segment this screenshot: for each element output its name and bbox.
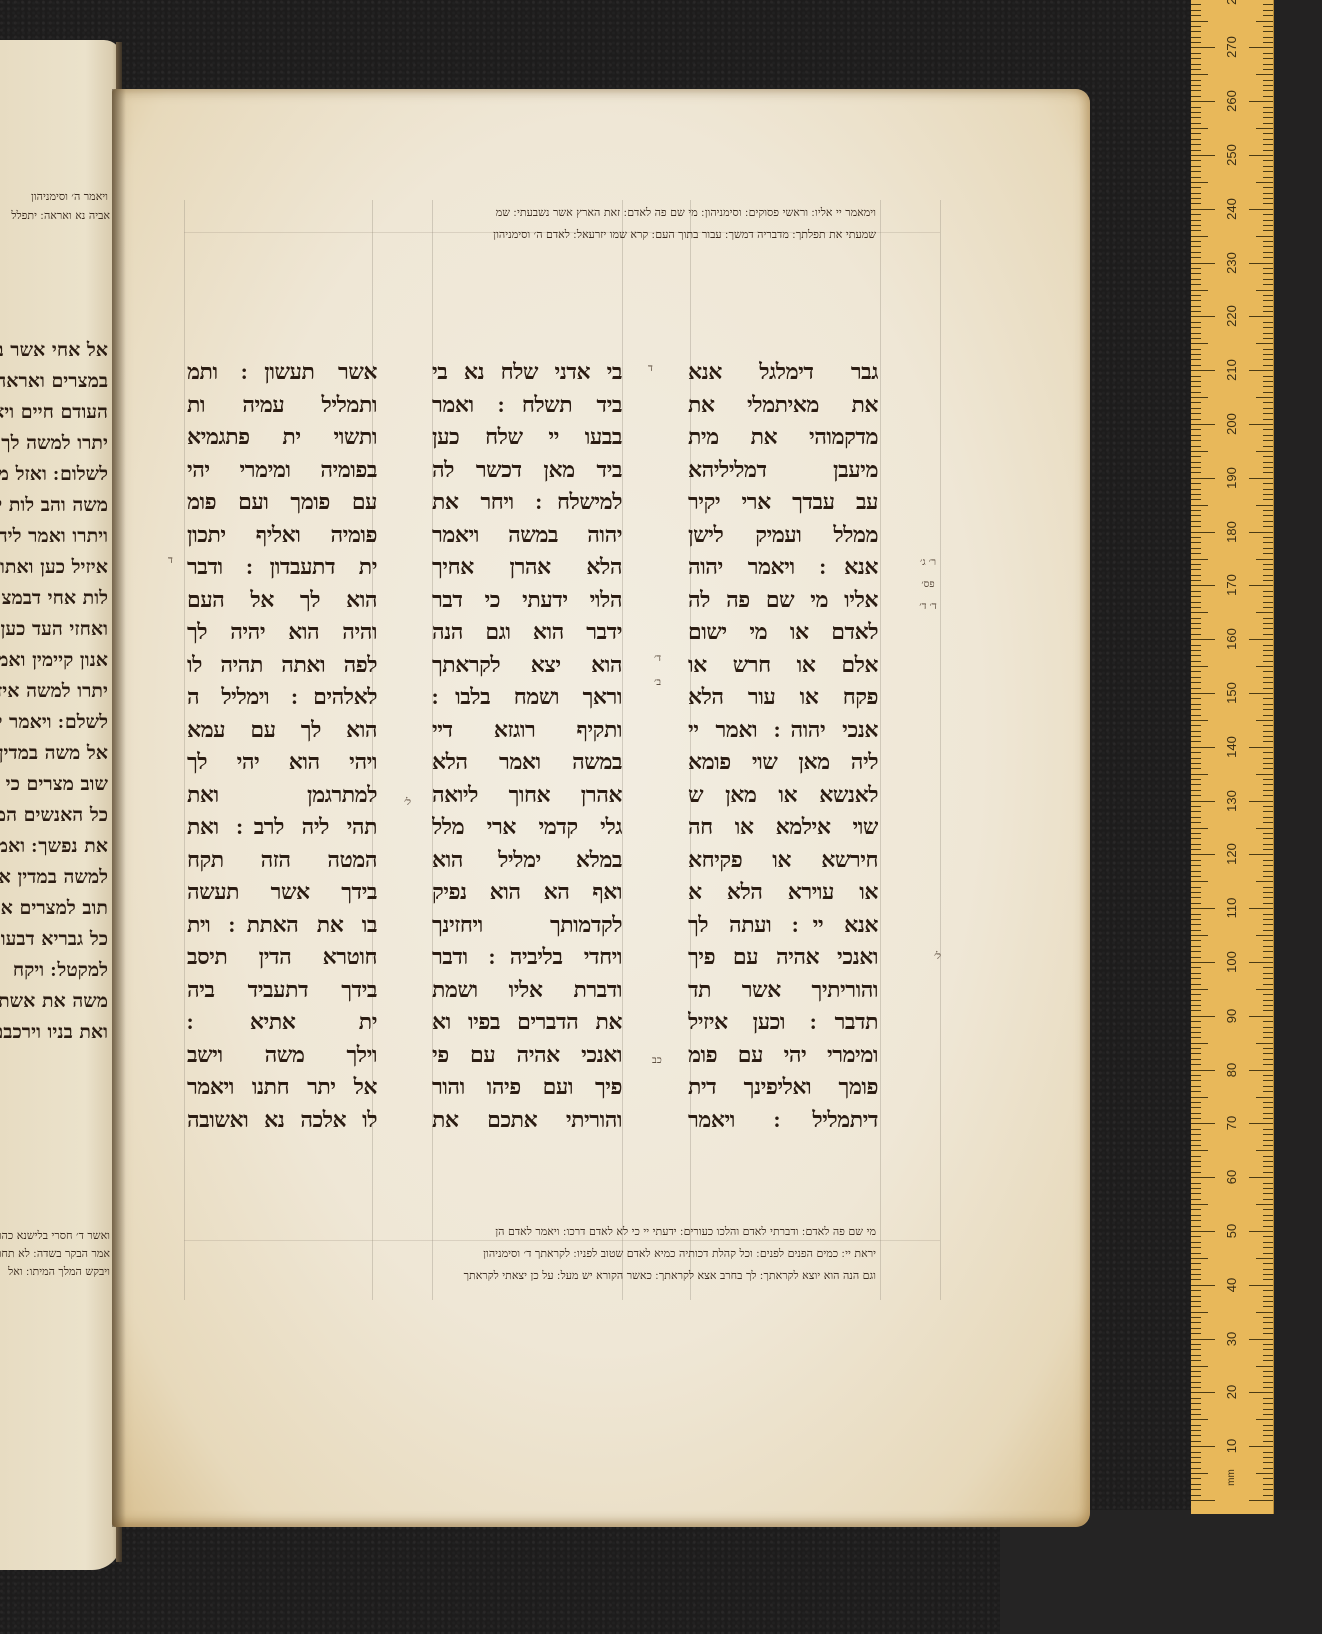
- ruler-tick: [1191, 731, 1201, 732]
- ruler-tick: [1263, 1064, 1273, 1065]
- ruler-tick: [1191, 817, 1201, 818]
- ruler-tick: [1191, 661, 1201, 662]
- ruler-tick: [1263, 354, 1273, 355]
- ruler-tick: [1191, 230, 1201, 231]
- ruler-tick: [1263, 203, 1273, 204]
- ruler-label: 20: [1225, 1379, 1239, 1405]
- ruler-tick: [1191, 370, 1215, 371]
- ruler-label: 170: [1225, 572, 1239, 598]
- ruler-label: 230: [1225, 250, 1239, 276]
- ruler-tick: [1191, 984, 1201, 985]
- ruler-tick: [1263, 596, 1273, 597]
- ruler-tick: [1191, 871, 1201, 872]
- ruler-tick: [1191, 569, 1201, 570]
- text-line: את מאיתמלי את: [688, 389, 878, 422]
- ruler-tick: [1263, 349, 1273, 350]
- ruler-tick: [1256, 128, 1273, 129]
- ruler-tick: [1263, 462, 1273, 463]
- ruler-tick: [1263, 381, 1273, 382]
- ruler-tick: [1263, 64, 1273, 65]
- ruler-tick: [1191, 806, 1201, 807]
- ruler-tick: [1256, 1097, 1273, 1098]
- ruler-tick: [1191, 1425, 1201, 1426]
- ruler-tick: [1191, 736, 1201, 737]
- text-line: לו אלכה נא ואשובה: [187, 1104, 377, 1137]
- ruler-tick: [1263, 37, 1273, 38]
- ruler-tick: [1191, 1322, 1201, 1323]
- ruler-tick: [1191, 505, 1208, 506]
- marginal-note: כב: [652, 1054, 662, 1068]
- ruler-tick: [1191, 994, 1201, 995]
- ruler-tick: [1263, 1000, 1273, 1001]
- text-line: אל יתר חתנו ויאמר: [187, 1071, 377, 1104]
- text-line: פקח או עור הלא: [688, 681, 878, 714]
- ruler-tick: [1263, 1484, 1273, 1485]
- ruler-tick: [1191, 408, 1201, 409]
- ruler-tick: [1191, 1414, 1201, 1415]
- ruler-tick: [1256, 21, 1273, 22]
- ruler-tick: [1191, 1048, 1201, 1049]
- ruler-tick: [1191, 521, 1201, 522]
- ruler-tick: [1191, 1478, 1201, 1479]
- ruler-tick: [1263, 1193, 1273, 1194]
- ruler-tick: [1263, 811, 1273, 812]
- ruler-tick: [1191, 193, 1201, 194]
- ruler-tick: [1263, 1145, 1273, 1146]
- ruler-tick: [1191, 58, 1201, 59]
- text-line: ביד תשלח ׃ ואמר: [432, 389, 622, 422]
- ruler-tick: [1191, 811, 1201, 812]
- ruler-tick: [1263, 1317, 1273, 1318]
- ruler-tick: [1191, 236, 1208, 237]
- ruler-tick: [1249, 693, 1273, 694]
- ruler-tick: [1263, 984, 1273, 985]
- ruler-tick: [1191, 1247, 1201, 1248]
- ruler-tick: [1263, 96, 1273, 97]
- ruler-tick: [1249, 1177, 1273, 1178]
- ruler-tick: [1191, 1193, 1201, 1194]
- text-line: במשה ואמר הלא: [432, 746, 622, 779]
- ruler-tick: [1249, 370, 1273, 371]
- marginal-note: ל׳: [404, 796, 411, 810]
- ruler-tick: [1191, 1226, 1201, 1227]
- verso-text-line: שוב מצרים כי מתו: [0, 769, 108, 799]
- ruler-tick: [1263, 467, 1273, 468]
- ruler-tick: [1191, 1070, 1215, 1071]
- ruler-tick: [1191, 53, 1201, 54]
- background-cloth-right: [1270, 0, 1322, 1634]
- ruler-tick: [1263, 166, 1273, 167]
- ruler-label: 150: [1225, 680, 1239, 706]
- ruler-tick: [1191, 725, 1201, 726]
- ruler-tick: [1263, 413, 1273, 414]
- ruler-tick: [1191, 1312, 1208, 1313]
- ruler-tick: [1191, 456, 1201, 457]
- ruler-tick: [1191, 376, 1201, 377]
- ruler-tick: [1191, 919, 1201, 920]
- verso-text-line: לשלם ׃ ויאמר יהוה: [0, 707, 108, 737]
- ruler-tick: [1191, 962, 1215, 963]
- ruler-tick: [1263, 865, 1273, 866]
- ruler-tick: [1191, 1398, 1201, 1399]
- ruler-tick: [1263, 1441, 1273, 1442]
- ruler-tick: [1256, 74, 1273, 75]
- ruler-tick: [1191, 914, 1201, 915]
- ruler-tick: [1263, 246, 1273, 247]
- ruler-tick: [1191, 1080, 1201, 1081]
- verso-text-line: אנון קיימין ואמר: [0, 645, 108, 675]
- ruler-tick: [1263, 741, 1273, 742]
- ruler-tick: [1263, 1452, 1273, 1453]
- ruler-tick: [1263, 58, 1273, 59]
- ruler-tick: [1263, 241, 1273, 242]
- text-line: אלם או חרש או: [688, 649, 878, 682]
- ruler-tick: [1263, 602, 1273, 603]
- ruler-tick: [1263, 537, 1273, 538]
- masorah-magna-top-1: וימאמר יי אליו ׃ וראשי פסוקים ׃ וסימניהו…: [186, 205, 876, 221]
- ruler-tick: [1191, 69, 1201, 70]
- text-line: יהוה במשה ויאמר: [432, 519, 622, 552]
- text-line: חירשא או פקיחא: [688, 844, 878, 877]
- ruler-tick: [1191, 300, 1201, 301]
- ruler-tick: [1191, 1269, 1201, 1270]
- ruler-tick: [1191, 1075, 1201, 1076]
- ruler-tick: [1191, 1129, 1201, 1130]
- ruler-tick: [1191, 924, 1201, 925]
- text-line: בו את האתת ׃ וית: [187, 909, 377, 942]
- ruler-tick: [1191, 1027, 1201, 1028]
- ruler-tick: [1263, 704, 1273, 705]
- text-line: הלוי ידעתי כי דבר: [432, 584, 622, 617]
- ruler-tick: [1191, 1016, 1215, 1017]
- ruler-label: 80: [1225, 1057, 1239, 1083]
- ruler-tick: [1263, 150, 1273, 151]
- ruler-tick: [1191, 510, 1201, 511]
- ruler-tick: [1263, 1376, 1273, 1377]
- text-line: וראך ושמח בלבו ׃: [432, 681, 622, 714]
- ruler-tick: [1191, 585, 1215, 586]
- ruler-tick: [1263, 784, 1273, 785]
- verso-text-line: ואחזי העד כען א: [0, 614, 108, 644]
- ruler-tick: [1263, 1263, 1273, 1264]
- text-line: חוטרא הדין תיסב: [187, 941, 377, 974]
- ruler-tick: [1263, 650, 1273, 651]
- ruler-tick: [1263, 564, 1273, 565]
- ruler-tick: [1191, 849, 1201, 850]
- ruler-tick: [1249, 639, 1273, 640]
- ruler-tick: [1191, 1452, 1201, 1453]
- ruler-tick: [1191, 1032, 1201, 1033]
- ruler-tick: [1263, 849, 1273, 850]
- ruler-tick: [1263, 15, 1273, 16]
- ruler-tick: [1263, 483, 1273, 484]
- ruler-tick: [1191, 822, 1201, 823]
- ruler-tick: [1263, 1010, 1273, 1011]
- ruler-tick: [1191, 650, 1201, 651]
- ruler-tick: [1263, 1430, 1273, 1431]
- ruler-tick: [1249, 801, 1273, 802]
- ruler-tick: [1191, 246, 1201, 247]
- ruling-line: [184, 200, 185, 1300]
- ruler-tick: [1263, 4, 1273, 5]
- verso-text-line: תוב למצרים ארי מיתו: [0, 893, 108, 923]
- ruler-tick: [1191, 935, 1208, 936]
- ruler-tick: [1191, 698, 1201, 699]
- text-line: וילך משה וישב: [187, 1039, 377, 1072]
- ruler-tick: [1263, 655, 1273, 656]
- verso-masorah-bottom-3: ויבקש המלך המיתו ׃ ואל: [0, 1264, 110, 1280]
- ruler-tick: [1249, 47, 1273, 48]
- ruler-tick: [1263, 1398, 1273, 1399]
- ruler-tick: [1263, 1382, 1273, 1383]
- ruler-tick: [1249, 1446, 1273, 1447]
- ruler-tick: [1191, 1037, 1201, 1038]
- ruler-tick: [1191, 1306, 1201, 1307]
- ruler-tick: [1256, 666, 1273, 667]
- ruler-tick: [1191, 252, 1201, 253]
- ruler-tick: [1263, 90, 1273, 91]
- ruler-tick: [1191, 160, 1201, 161]
- ruler-tick: [1191, 182, 1208, 183]
- ruler-tick: [1263, 768, 1273, 769]
- ruler-tick: [1263, 1215, 1273, 1216]
- ruler-tick: [1191, 451, 1208, 452]
- ruler-tick: [1191, 1177, 1215, 1178]
- ruler-tick: [1191, 940, 1201, 941]
- ruler-tick: [1191, 1166, 1201, 1167]
- ruler-tick: [1263, 661, 1273, 662]
- verso-masorah-bottom-2: אמר הבקר בשדה ׃ לא תחרש: [0, 1246, 110, 1262]
- ruler-tick: [1263, 838, 1273, 839]
- ruler-tick: [1191, 338, 1201, 339]
- ruler-tick: [1263, 591, 1273, 592]
- ruler-tick: [1263, 1172, 1273, 1173]
- ruler-tick: [1263, 688, 1273, 689]
- text-line: אהרן אחוך ליואה: [432, 779, 622, 812]
- ruler-tick: [1191, 1446, 1215, 1447]
- ruler-tick: [1249, 908, 1273, 909]
- ruler-tick: [1191, 1279, 1201, 1280]
- ruler-tick: [1191, 1188, 1201, 1189]
- ruler-tick: [1263, 1269, 1273, 1270]
- ruler-tick: [1191, 37, 1201, 38]
- text-line: בי אדני שלח נא בי: [432, 356, 622, 389]
- ruler-tick: [1263, 1188, 1273, 1189]
- ruler-tick: [1191, 1209, 1201, 1210]
- ruler-tick: [1191, 602, 1201, 603]
- ruler-tick: [1249, 316, 1273, 317]
- text-line: תהי ליה לרב ׃ ואת: [187, 811, 377, 844]
- ruler-tick: [1263, 1409, 1273, 1410]
- text-line: או עוירא הלא א: [688, 876, 878, 909]
- ruler-tick: [1249, 585, 1273, 586]
- ruler-tick: [1263, 806, 1273, 807]
- ruler-tick: [1256, 612, 1273, 613]
- ruler-tick: [1263, 1161, 1273, 1162]
- text-line: עם פומך ועם פומ: [187, 486, 377, 519]
- ruler-tick: [1191, 564, 1201, 565]
- ruler-tick: [1263, 731, 1273, 732]
- text-line: ידבר הוא וגם הנה: [432, 616, 622, 649]
- verso-masorah-bottom-1: ואשר ד׳ חסרי בלישנא כהון: [0, 1228, 110, 1244]
- ruler-tick: [1191, 4, 1201, 5]
- ruler-tick: [1191, 596, 1201, 597]
- ruler-tick: [1191, 1457, 1201, 1458]
- ruler-tick: [1191, 784, 1201, 785]
- ruler-tick: [1263, 1140, 1273, 1141]
- ruler-tick: [1263, 957, 1273, 958]
- ruler-tick: [1263, 80, 1273, 81]
- ruler-tick: [1191, 187, 1201, 188]
- ruler-tick: [1191, 628, 1201, 629]
- ruler-tick: [1263, 376, 1273, 377]
- ruler-tick: [1249, 1123, 1273, 1124]
- ruler-tick: [1263, 408, 1273, 409]
- ruler-tick: [1191, 1382, 1201, 1383]
- ruler-tick: [1263, 1328, 1273, 1329]
- ruler-tick: [1263, 1371, 1273, 1372]
- ruler-tick: [1191, 155, 1215, 156]
- ruler-tick: [1263, 860, 1273, 861]
- text-line: לאנשא או מאן ש: [688, 779, 878, 812]
- text-line: ואף הא הוא נפיק: [432, 876, 622, 909]
- ruler-label: 90: [1225, 1003, 1239, 1029]
- ruler-tick: [1191, 1086, 1201, 1087]
- ruler-tick: [1263, 682, 1273, 683]
- ruler-label: 110: [1225, 895, 1239, 921]
- text-line: אנכי יהוה ׃ ואמר יי: [688, 714, 878, 747]
- ruler-tick: [1191, 854, 1215, 855]
- ruler-tick: [1256, 828, 1273, 829]
- ruler-tick: [1249, 1070, 1273, 1071]
- ruler-tick: [1263, 499, 1273, 500]
- ruler-tick: [1256, 1473, 1273, 1474]
- ruler-tick: [1191, 903, 1201, 904]
- ruler-tick: [1191, 499, 1201, 500]
- text-line: ואנכי אהיה עם פי: [432, 1039, 622, 1072]
- ruler-tick: [1263, 1027, 1273, 1028]
- ruler-tick: [1191, 989, 1208, 990]
- ruler-tick: [1191, 203, 1201, 204]
- verso-text-line: יתרו למשה איזיל: [0, 676, 108, 706]
- ruler-tick: [1249, 209, 1273, 210]
- ruler-tick: [1191, 440, 1201, 441]
- ruler-tick: [1191, 747, 1215, 748]
- ruler-tick: [1191, 1053, 1201, 1054]
- text-line: ותמליל עמיה ות: [187, 389, 377, 422]
- ruler-tick: [1263, 1037, 1273, 1038]
- verso-text-line: למקטל ׃ ויקח: [0, 955, 108, 985]
- ruler-tick: [1191, 467, 1201, 468]
- text-line: גבר דימלגל אנא: [688, 356, 878, 389]
- verso-text-line: את נפשך ׃ ואמר יי: [0, 831, 108, 861]
- ruler-tick: [1263, 494, 1273, 495]
- text-line: הוא לך עם עמא: [187, 714, 377, 747]
- text-column-middle: בי אדני שלח נא ביביד תשלח ׃ ואמרבבעו יי …: [432, 356, 622, 1136]
- ruler-tick: [1263, 940, 1273, 941]
- verso-text-line: משה את אשתו: [0, 986, 108, 1016]
- ruler-tick: [1249, 854, 1273, 855]
- text-column-right: גבר דימלגל אנאאת מאיתמלי אתמדקמוהי את מי…: [688, 356, 878, 1136]
- ruler-tick: [1263, 1129, 1273, 1130]
- ruler-tick: [1191, 241, 1201, 242]
- ruler-label: 10: [1225, 1433, 1239, 1459]
- ruler-tick: [1263, 1091, 1273, 1092]
- ruler-tick: [1191, 1290, 1201, 1291]
- verso-text-line: איזיל כען ואתוב: [0, 552, 108, 582]
- ruler-tick: [1263, 671, 1273, 672]
- verso-text-line: למשה במדין איזיל: [0, 862, 108, 892]
- ruler-tick: [1191, 515, 1201, 516]
- verso-text-line: במצרים ואראה: [0, 366, 108, 396]
- ruler-tick: [1263, 715, 1273, 716]
- ruler-label: 40: [1225, 1272, 1239, 1298]
- masorah-magna-bottom-1: מי שם פה לאדם ׃ ודברתי לאדם והלכו כעורים…: [186, 1224, 876, 1240]
- ruler-tick: [1263, 1468, 1273, 1469]
- ruler-tick: [1191, 1231, 1215, 1232]
- ruler-tick: [1263, 973, 1273, 974]
- ruler-tick: [1256, 343, 1273, 344]
- ruler-tick: [1191, 801, 1215, 802]
- masorah-magna-bottom-3: וגם הנה הוא יוצא לקראתך ׃ לך בחרב אצא לק…: [186, 1268, 876, 1284]
- text-line: הוא לך אל העם: [187, 584, 377, 617]
- ruler-tick: [1263, 822, 1273, 823]
- ruler-tick: [1191, 198, 1201, 199]
- ruler-tick: [1263, 279, 1273, 280]
- ruler-tick: [1263, 268, 1273, 269]
- text-line: ממלל ועמיק לישן: [688, 519, 878, 552]
- ruler-tick: [1191, 166, 1201, 167]
- text-line: למתרגמן ואת: [187, 779, 377, 812]
- text-line: ביד מאן דכשר לה: [432, 454, 622, 487]
- ruler-tick: [1191, 90, 1201, 91]
- ruler-tick: [1191, 123, 1201, 124]
- ruler-tick: [1191, 978, 1201, 979]
- ruler-tick: [1191, 1435, 1201, 1436]
- ruler-label: 60: [1225, 1164, 1239, 1190]
- ruler-tick: [1191, 1462, 1201, 1463]
- ruler-label: 130: [1225, 788, 1239, 814]
- marginal-note: ד: [168, 554, 173, 568]
- ruler-tick: [1191, 671, 1201, 672]
- ruler-tick: [1256, 881, 1273, 882]
- ruler-tick: [1191, 489, 1201, 490]
- ruler-label: 190: [1225, 465, 1239, 491]
- ruler-tick: [1263, 359, 1273, 360]
- ruler-tick: [1191, 881, 1208, 882]
- ruler-tick: [1191, 1172, 1201, 1173]
- masorah-magna-bottom-2: יראת יי ׃ כמים הפנים לפנים ׃ וכל קהלת דכ…: [186, 1246, 876, 1262]
- ruler-tick: [1249, 1339, 1273, 1340]
- ruler-tick: [1263, 548, 1273, 549]
- ruler-tick: [1249, 1016, 1273, 1017]
- ruler-tick: [1263, 1414, 1273, 1415]
- ruler-tick: [1191, 1441, 1201, 1442]
- ruler-tick: [1191, 1199, 1201, 1200]
- ruler-tick: [1191, 209, 1215, 210]
- ruler-tick: [1191, 973, 1201, 974]
- ruler-tick: [1256, 182, 1273, 183]
- ruler-tick: [1191, 343, 1208, 344]
- ruler-tick: [1263, 1113, 1273, 1114]
- ruler-tick: [1249, 155, 1273, 156]
- ruler-tick: [1263, 1478, 1273, 1479]
- ruler-tick: [1191, 532, 1215, 533]
- ruler-tick: [1191, 1183, 1201, 1184]
- ruler-tick: [1263, 306, 1273, 307]
- ruler-label: 240: [1225, 196, 1239, 222]
- ruler-tick: [1263, 1301, 1273, 1302]
